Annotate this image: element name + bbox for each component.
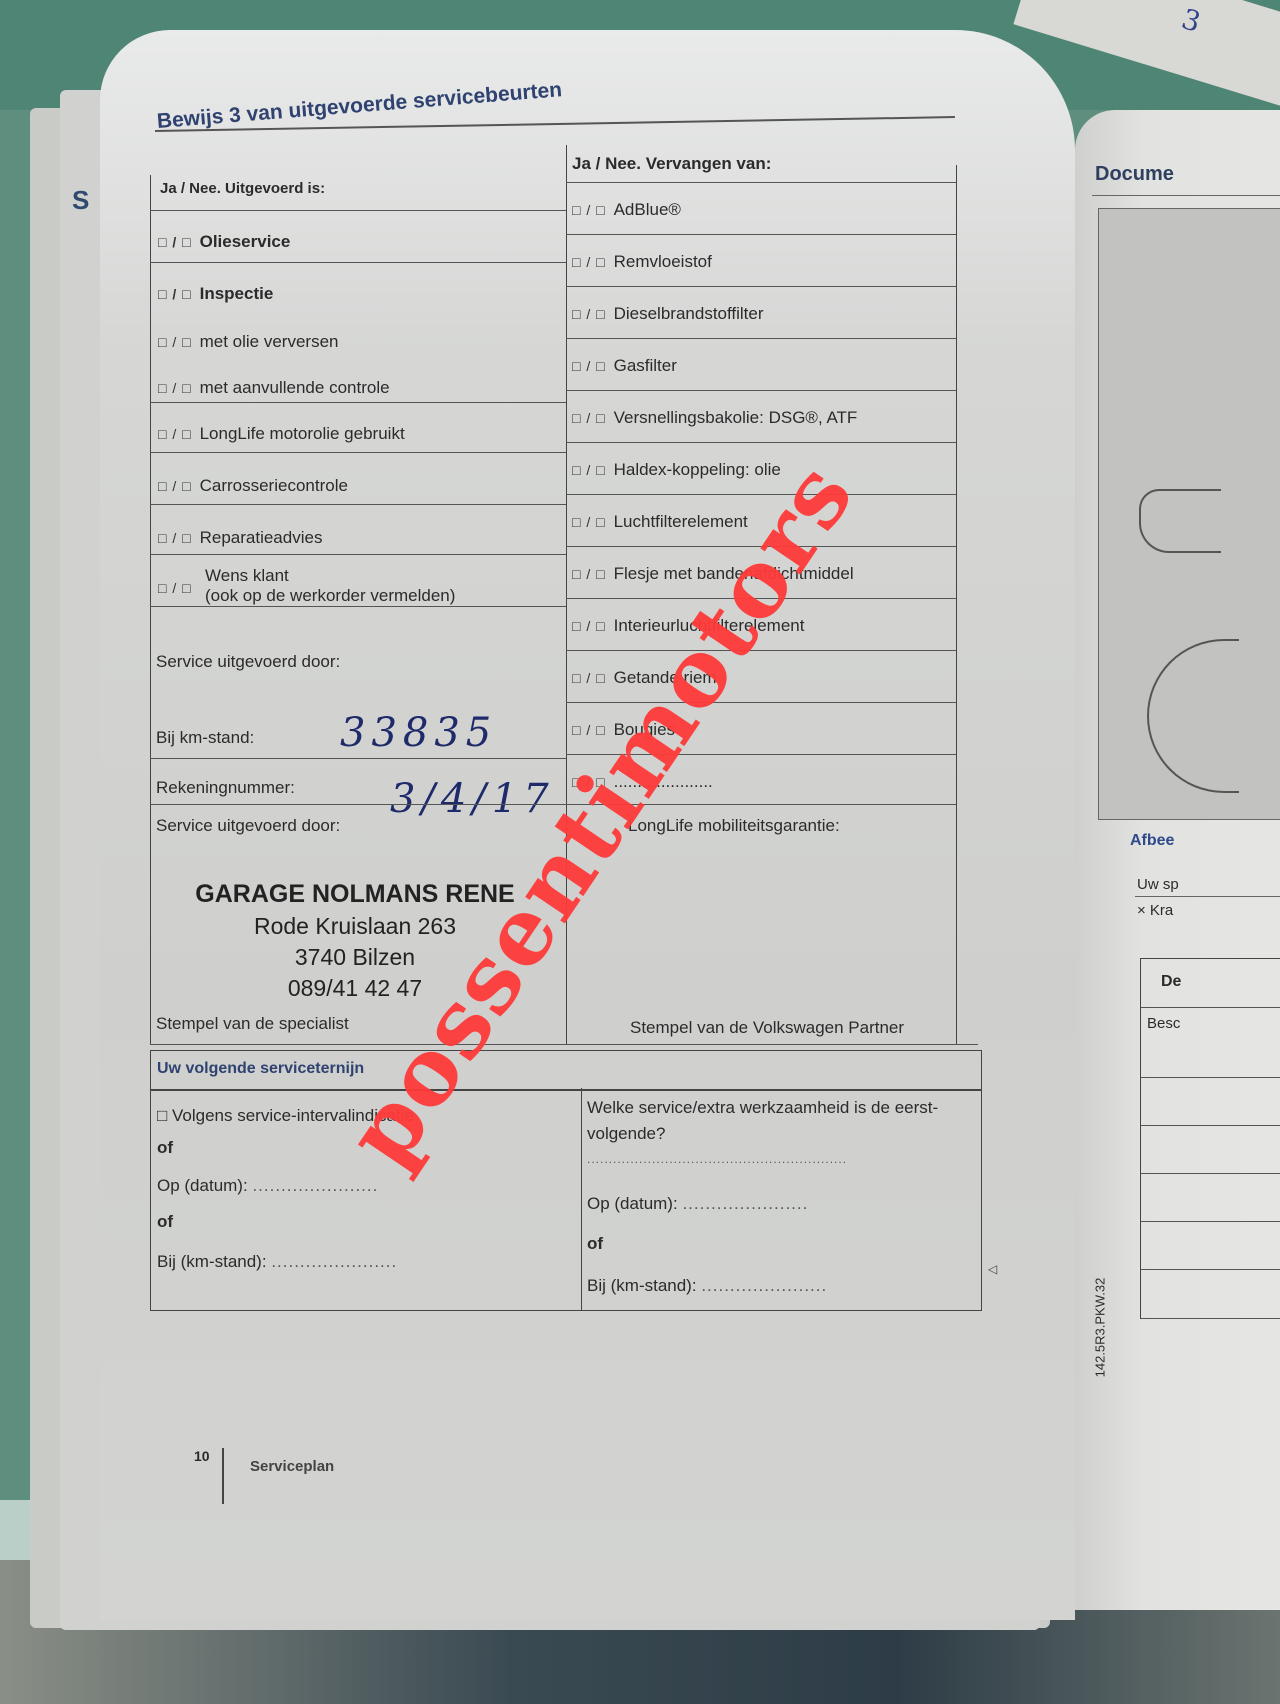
- service-performed-by-label: Service uitgevoerd door:: [156, 652, 340, 672]
- right-page-title: Docume: [1095, 163, 1174, 186]
- or-label: of: [157, 1138, 173, 1158]
- row-rule: [150, 402, 566, 403]
- performed-item-aanvullende-controle[interactable]: □ / □met aanvullende controle: [158, 378, 390, 398]
- row-rule: [566, 338, 956, 339]
- table-rule: [1141, 1077, 1280, 1078]
- next-work-date-field[interactable]: Op (datum): ......................: [587, 1194, 808, 1214]
- yes-no-checkbox[interactable]: □ / □: [572, 202, 606, 218]
- next-service-header: Uw volgende serviceternijn: [150, 1050, 982, 1091]
- right-page-figure: [1098, 208, 1280, 820]
- right-page-rule: [1135, 896, 1280, 897]
- next-work-km-label: Bij (km-stand):: [587, 1276, 697, 1295]
- partner-stamp-label: Stempel van de Volkswagen Partner: [630, 1018, 904, 1038]
- car-illustration: [1139, 489, 1221, 553]
- row-rule: [150, 758, 566, 759]
- invoice-number-label: Rekeningnummer:: [156, 778, 295, 798]
- yes-no-checkbox[interactable]: □ / □: [572, 566, 606, 582]
- yes-no-checkbox[interactable]: □ / □: [572, 306, 606, 322]
- km-stand-value: 33835: [340, 710, 497, 756]
- row-rule: [566, 234, 956, 235]
- table-rule: [1141, 1007, 1280, 1008]
- section-name: Serviceplan: [250, 1458, 334, 1475]
- yes-no-checkbox[interactable]: □ / □: [572, 254, 606, 270]
- replaced-item[interactable]: □ / □Gasfilter: [572, 356, 677, 376]
- replaced-item-label: AdBlue®: [614, 200, 681, 219]
- replaced-item[interactable]: □ / □Luchtfilterelement: [572, 512, 748, 532]
- form-border-right: [956, 165, 957, 1045]
- table-rule: [1141, 1125, 1280, 1126]
- performed-item-longlife[interactable]: □ / □LongLife motorolie gebruikt: [158, 424, 405, 444]
- performed-item-carrosserie[interactable]: □ / □Carrosseriecontrole: [158, 476, 348, 496]
- yes-no-checkbox[interactable]: □ / □: [158, 334, 192, 350]
- table-rule: [1141, 1173, 1280, 1174]
- wheel-illustration: [1147, 639, 1239, 793]
- yes-no-checkbox[interactable]: □ / □: [572, 618, 606, 634]
- yes-no-checkbox[interactable]: □ / □: [158, 580, 192, 596]
- replaced-item[interactable]: □ / □Remvloeistof: [572, 252, 712, 272]
- performed-item-reparatieadvies[interactable]: □ / □Reparatieadvies: [158, 528, 322, 548]
- service-performed-by-label-2: Service uitgevoerd door:: [156, 816, 340, 836]
- right-table-cell: Besc: [1147, 1015, 1180, 1032]
- footer-divider: [222, 1448, 224, 1504]
- form-border-bottom: [150, 1044, 978, 1045]
- yes-no-checkbox[interactable]: □ / □: [158, 478, 192, 494]
- replaced-item-label: Dieselbrandstoffilter: [614, 304, 764, 323]
- yes-no-checkbox[interactable]: □ / □: [158, 286, 192, 302]
- next-work-km-field[interactable]: Bij (km-stand): ......................: [587, 1276, 827, 1296]
- table-rule: [1141, 1269, 1280, 1270]
- service-date-value: 3/4/17: [390, 776, 555, 822]
- row-rule: [150, 210, 566, 211]
- yes-no-checkbox[interactable]: □ / □: [158, 530, 192, 546]
- replaced-item-label: Remvloeistof: [614, 252, 712, 271]
- document-code: 142.5R3.PKW.32: [1093, 1268, 1108, 1388]
- next-km-field[interactable]: Bij (km-stand): ......................: [157, 1252, 397, 1272]
- next-work-km-blank: ......................: [701, 1276, 827, 1295]
- yes-no-checkbox[interactable]: □ / □: [572, 410, 606, 426]
- table-rule: [1141, 1221, 1280, 1222]
- next-date-label: Op (datum):: [157, 1176, 248, 1195]
- right-page-table: De Besc: [1140, 958, 1280, 1319]
- right-page-text: Uw sp: [1137, 876, 1179, 893]
- replaced-column-header: Ja / Nee. Vervangen van:: [572, 154, 771, 174]
- next-km-label: Bij (km-stand):: [157, 1252, 267, 1271]
- next-work-question-line2: volgende?: [587, 1124, 665, 1144]
- next-service-title: Uw volgende serviceternijn: [157, 1060, 364, 1078]
- yes-no-checkbox[interactable]: □ / □: [572, 670, 606, 686]
- next-km-blank: ......................: [271, 1252, 397, 1271]
- table-rule: [1141, 1318, 1280, 1319]
- row-rule: [150, 554, 566, 555]
- performed-item-olie-verversen[interactable]: □ / □met olie verversen: [158, 332, 338, 352]
- next-work-blank: ........................................…: [587, 1152, 847, 1166]
- right-page-bullet: × Kra: [1137, 902, 1173, 919]
- form-border-left: [150, 175, 151, 1045]
- replaced-item[interactable]: □ / □Haldex-koppeling: olie: [572, 460, 781, 480]
- yes-no-checkbox[interactable]: □ / □: [158, 426, 192, 442]
- next-service-divider: [581, 1088, 582, 1310]
- specialist-stamp-label: Stempel van de specialist: [156, 1014, 349, 1034]
- handwritten-mark: 3: [1178, 2, 1205, 39]
- row-rule: [566, 442, 956, 443]
- next-work-date-label: Op (datum):: [587, 1194, 678, 1213]
- row-rule: [150, 262, 566, 263]
- replaced-item-label: Gasfilter: [614, 356, 677, 375]
- or-label: of: [587, 1234, 603, 1254]
- row-rule: [566, 182, 956, 183]
- row-rule: [150, 452, 566, 453]
- right-page-title-rule: [1092, 195, 1280, 196]
- yes-no-checkbox[interactable]: □ / □: [158, 234, 192, 250]
- next-service-section: Uw volgende serviceternijn □ Volgens ser…: [150, 1050, 980, 1312]
- right-page-caption: Afbee: [1130, 832, 1174, 850]
- replaced-item-label: Haldex-koppeling: olie: [614, 460, 781, 479]
- yes-no-checkbox[interactable]: □ / □: [572, 462, 606, 478]
- wens-klant-label: Wens klant: [205, 566, 289, 586]
- wens-klant-sublabel: (ook op de werkorder vermelden): [205, 586, 455, 606]
- performed-item-wens-klant[interactable]: □ / □: [158, 578, 200, 598]
- row-rule: [566, 286, 956, 287]
- performed-item-olieservice[interactable]: □ / □Olieservice: [158, 232, 290, 252]
- replaced-item[interactable]: □ / □AdBlue®: [572, 200, 681, 220]
- next-work-question-line1: Welke service/extra werkzaamheid is de e…: [587, 1098, 938, 1118]
- yes-no-checkbox[interactable]: □ / □: [572, 358, 606, 374]
- yes-no-checkbox[interactable]: □ / □: [158, 380, 192, 396]
- page-turn-arrow-icon: ◁: [988, 1262, 997, 1276]
- next-work-date-blank: ......................: [682, 1194, 808, 1213]
- previous-page-letter: S: [72, 185, 89, 216]
- page-number: 10: [194, 1448, 210, 1464]
- performed-column-header: Ja / Nee. Uitgevoerd is:: [160, 180, 325, 197]
- row-rule: [150, 606, 566, 607]
- right-table-header: De: [1161, 973, 1181, 991]
- yes-no-checkbox[interactable]: □ / □: [572, 514, 606, 530]
- row-rule: [150, 504, 566, 505]
- or-label: of: [157, 1212, 173, 1232]
- km-stand-label: Bij km-stand:: [156, 728, 254, 748]
- performed-item-inspectie[interactable]: □ / □Inspectie: [158, 284, 273, 304]
- next-service-body: □ Volgens service-intervalindicatie of O…: [150, 1088, 982, 1311]
- row-rule: [566, 390, 956, 391]
- next-work-field[interactable]: ........................................…: [587, 1152, 847, 1166]
- replaced-item[interactable]: □ / □Dieselbrandstoffilter: [572, 304, 764, 324]
